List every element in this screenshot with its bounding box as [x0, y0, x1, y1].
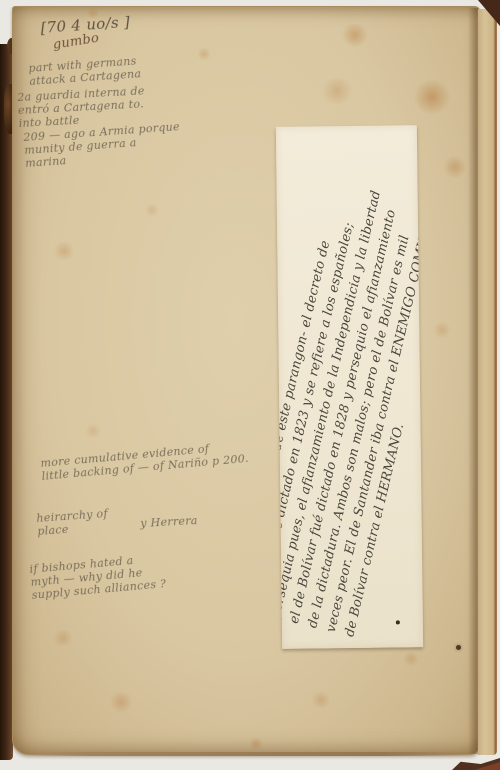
page-bottom-edge: [22, 752, 474, 756]
page-stack-edge: [478, 9, 497, 755]
ink-spot: [456, 645, 461, 650]
pasted-slip: No me explico el objeto de este parangon…: [276, 125, 423, 649]
pencil-note: heirarchy of place: [36, 507, 109, 538]
book-page-photo: [70 4 uo/s ] gumbo part with germans att…: [0, 0, 500, 770]
ink-dot: [396, 620, 400, 624]
slip-handwriting: No me explico el objeto de este parangon…: [276, 135, 423, 639]
